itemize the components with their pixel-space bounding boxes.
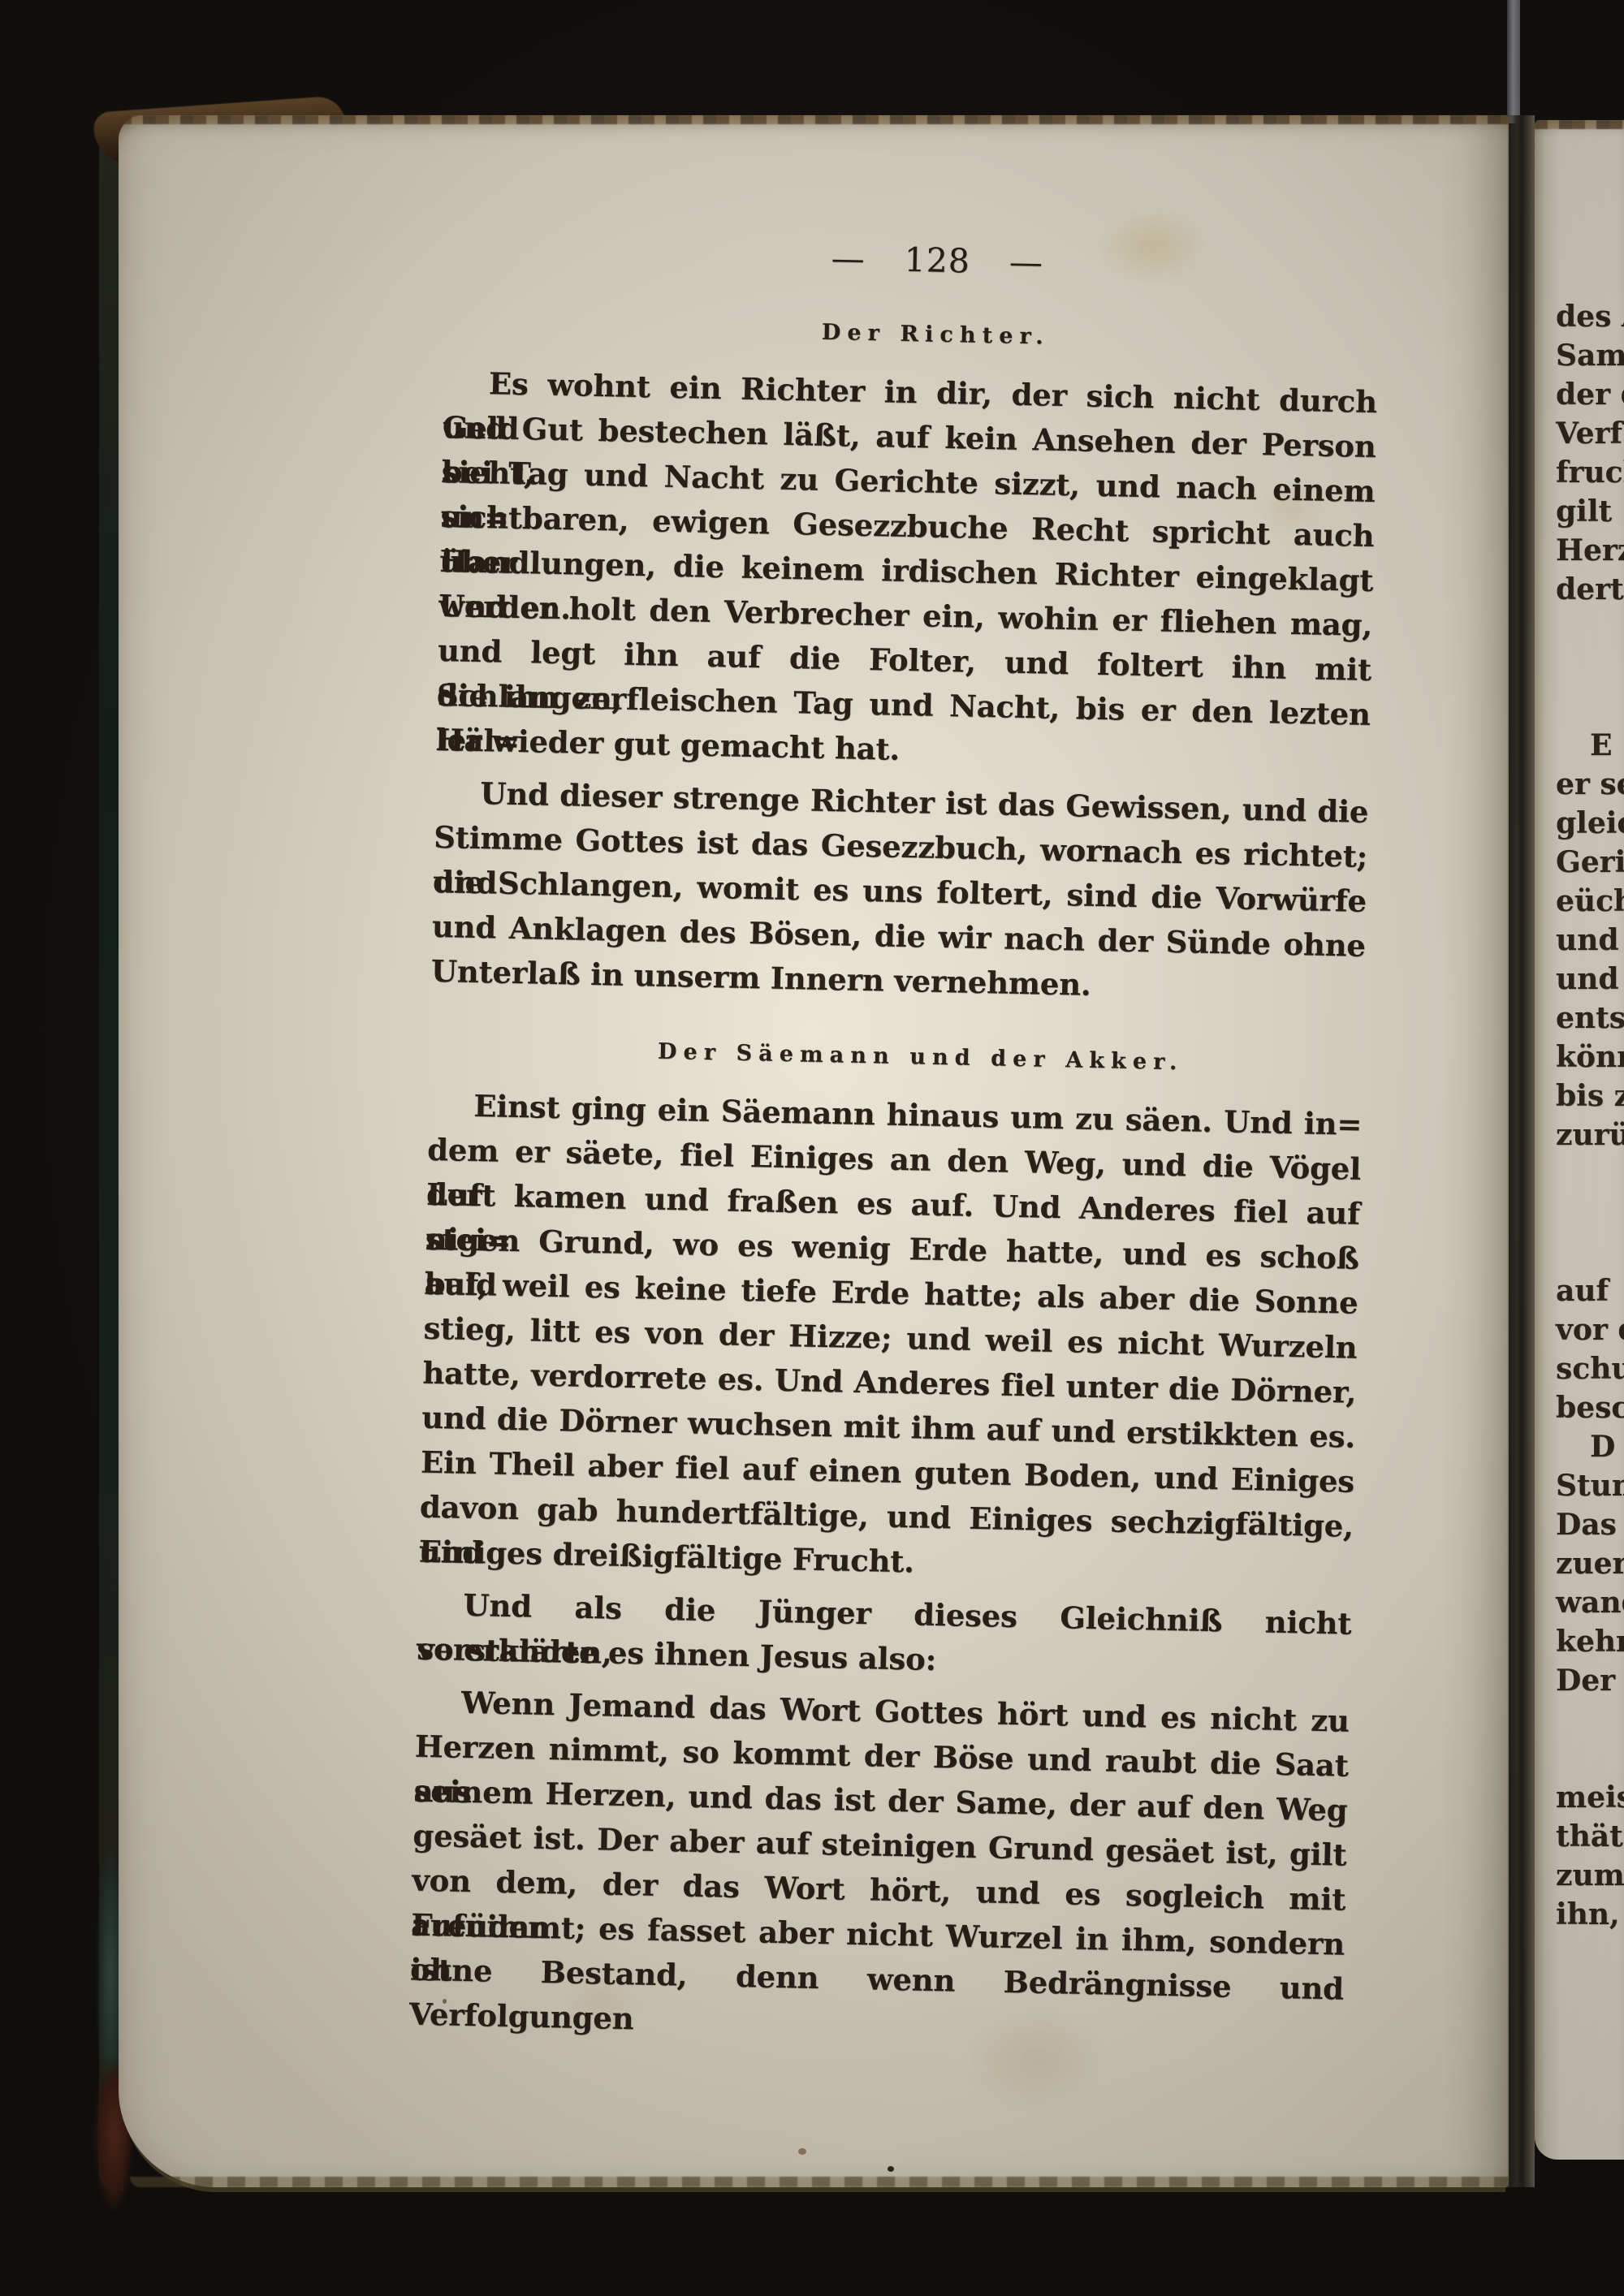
paragraph: Wenn Jemand das Wort Gottes hört und es … <box>410 1680 1350 2012</box>
fragment-line: dertfä <box>1556 570 1624 609</box>
fragment-line: besche <box>1556 1388 1624 1427</box>
paragraph: Und dieser strenge Richter ist das Gewis… <box>430 770 1369 1013</box>
section-heading: Der Säemann und der Akker. <box>453 1031 1388 1083</box>
ink-speck <box>888 2166 894 2172</box>
fragment-line: Geri <box>1556 843 1624 882</box>
fragment-line: Der <box>1556 1661 1624 1700</box>
facing-page-text-fragments: des ASamder dVerffruchtgiltHerzedertfäEe… <box>1556 297 1624 1934</box>
fragment-line <box>1556 1154 1624 1193</box>
fragment-line: Verf <box>1556 414 1624 453</box>
page-stack-fore-edge <box>119 115 323 2187</box>
fragment-line: Das <box>1556 1505 1624 1544</box>
fragment-line: zuerst <box>1556 1544 1624 1583</box>
fragment-line: schuld <box>1556 1349 1624 1388</box>
fragment-line: und <box>1556 960 1624 999</box>
fragment-line: Herze <box>1556 531 1624 570</box>
page-sections: Der Richter.Es wohnt ein Richter in dir,… <box>410 309 1379 2012</box>
fragment-line: ihn, <box>1556 1895 1624 1934</box>
fragment-line: vor d <box>1556 1310 1624 1349</box>
fragment-line: des A <box>1556 297 1624 336</box>
printed-text-block: — 128 — Der Richter.Es wohnt ein Richter… <box>410 229 1380 2012</box>
paragraph: Und als die Jünger dieses Gleichniß nich… <box>417 1582 1352 1691</box>
fragment-line: eüch, <box>1556 882 1624 921</box>
fragment-line <box>1556 1193 1624 1232</box>
fragment-line: D <box>1556 1427 1624 1466</box>
facing-page-top-edge <box>1535 120 1624 129</box>
fragment-line: wandt <box>1556 1583 1624 1622</box>
fragment-line: auf <box>1556 1271 1624 1310</box>
fragment-line: könne <box>1556 1038 1624 1077</box>
fragment-line <box>1556 1232 1624 1271</box>
paragraph: Einst ging ein Säemann hinaus um zu säen… <box>418 1083 1362 1594</box>
page-top-edge <box>119 115 1509 124</box>
page-bottom-edge <box>130 2177 1509 2187</box>
fragment-line: er se <box>1556 765 1624 804</box>
fragment-line <box>1556 609 1624 648</box>
fragment-line: meist <box>1556 1778 1624 1817</box>
fragment-line <box>1556 1700 1624 1739</box>
fragment-line: gilt <box>1556 492 1624 531</box>
fragment-line <box>1556 1739 1624 1778</box>
fragment-line: kehrer <box>1556 1622 1624 1661</box>
fragment-line: und <box>1556 921 1624 960</box>
fragment-line: gleich <box>1556 804 1624 843</box>
fragment-line: entsch <box>1556 999 1624 1038</box>
section-heading: Der Richter. <box>469 309 1403 361</box>
fragment-line: der d <box>1556 375 1624 414</box>
fragment-line: Stun <box>1556 1466 1624 1505</box>
glass-edge <box>1507 0 1520 123</box>
ink-speck <box>798 2148 806 2155</box>
fragment-line <box>1556 687 1624 726</box>
book-photo-background: — 128 — Der Richter.Es wohnt ein Richter… <box>0 0 1624 2296</box>
fragment-line: bis z <box>1556 1077 1624 1116</box>
fragment-line <box>1556 648 1624 687</box>
fragment-line: frucht <box>1556 453 1624 492</box>
paragraph: Es wohnt ein Richter in dir, der sich ni… <box>435 360 1377 782</box>
page-gutter-shadow <box>1507 115 1535 2187</box>
fragment-line: thäti <box>1556 1817 1624 1856</box>
fragment-line: Sam <box>1556 336 1624 375</box>
fragment-line: zurü <box>1556 1116 1624 1154</box>
fragment-line: E <box>1556 726 1624 765</box>
fragment-line: zum <box>1556 1856 1624 1895</box>
